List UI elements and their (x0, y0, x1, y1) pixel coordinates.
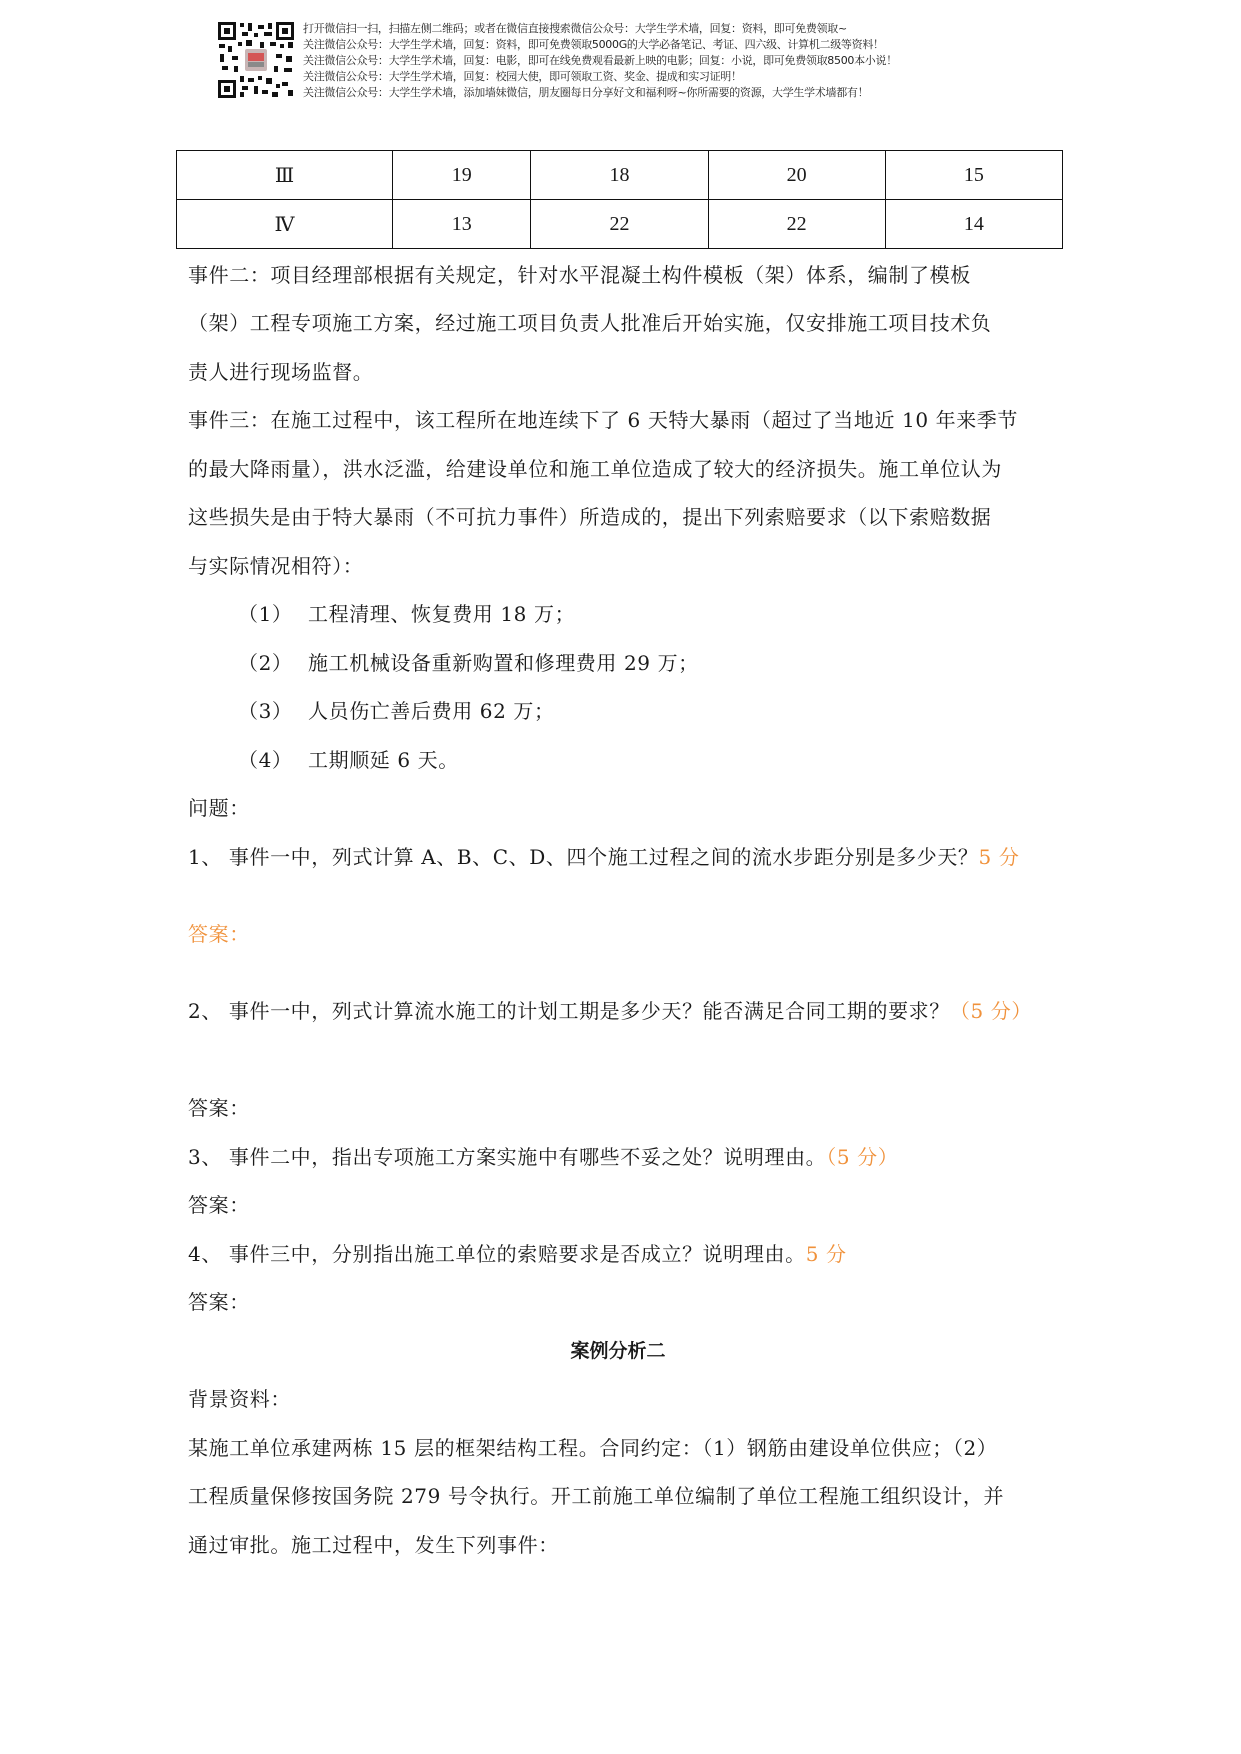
claim-item: （4）工期顺延 6 天。 (238, 746, 459, 774)
table-cell: 22 (708, 200, 885, 249)
case2-line: 通过审批。施工过程中，发生下列事件： (188, 1531, 559, 1559)
table-cell: 14 (885, 200, 1062, 249)
qr-code-icon (216, 20, 296, 100)
promo-banner: 打开微信扫一扫，扫描左侧二维码；或者在微信直接搜索微信公众号：大学生学术墙，回复… (216, 20, 976, 102)
section-title: 案例分析二 (188, 1337, 1048, 1365)
promo-text: 打开微信扫一扫，扫描左侧二维码；或者在微信直接搜索微信公众号：大学生学术墙，回复… (303, 21, 897, 101)
promo-line: 关注微信公众号：大学生学术墙，回复：校园大使，即可领取工资、奖金、提成和实习证明… (303, 69, 897, 85)
table-cell: 20 (708, 151, 885, 200)
answer-label: 答案： (188, 1191, 250, 1219)
table-cell: Ⅳ (177, 200, 393, 249)
claim-item: （3）人员伤亡善后费用 62 万； (238, 697, 555, 725)
score-label: （5 分） (826, 1145, 898, 1169)
promo-line: 关注微信公众号：大学生学术墙，回复：电影，即可在线免费观看最新上映的电影；回复：… (303, 53, 897, 69)
questions-heading: 问题： (188, 794, 250, 822)
background-label: 背景资料： (188, 1385, 291, 1413)
question-4: 4、 事件三中，分别指出施工单位的索赔要求是否成立？说明理由。5 分 (188, 1240, 847, 1268)
event3-line: 的最大降雨量），洪水泛滥，给建设单位和施工单位造成了较大的经济损失。施工单位认为 (188, 455, 1002, 483)
question-3: 3、 事件二中，指出专项施工方案实施中有哪些不妥之处？说明理由。（5 分） (188, 1143, 898, 1171)
table-cell: 22 (531, 200, 708, 249)
event3-line: 这些损失是由于特大暴雨（不可抗力事件）所造成的，提出下列索赔要求（以下索赔数据 (188, 503, 991, 531)
table-row: Ⅳ 13 22 22 14 (177, 200, 1063, 249)
promo-line: 关注微信公众号：大学生学术墙，回复：资料，即可免费领取5000G的大学必备笔记、… (303, 37, 897, 53)
question-2: 2、 事件一中，列式计算流水施工的计划工期是多少天？能否满足合同工期的要求？（5… (188, 997, 1032, 1025)
answer-label: 答案： (188, 1288, 250, 1316)
promo-line: 打开微信扫一扫，扫描左侧二维码；或者在微信直接搜索微信公众号：大学生学术墙，回复… (303, 21, 897, 37)
table-cell: 19 (393, 151, 531, 200)
event2-line: （架）工程专项施工方案，经过施工项目负责人批准后开始实施，仅安排施工项目技术负 (188, 309, 991, 337)
table-row: Ⅲ 19 18 20 15 (177, 151, 1063, 200)
event2-line: 事件二：项目经理部根据有关规定，针对水平混凝土构件模板（架）体系，编制了模板 (188, 261, 971, 289)
event3-line: 与实际情况相符）： (188, 552, 363, 580)
score-label: （5 分） (950, 999, 1032, 1023)
duration-table: Ⅲ 19 18 20 15 Ⅳ 13 22 22 14 (176, 150, 1063, 249)
case2-line: 工程质量保修按国务院 279 号令执行。开工前施工单位编制了单位工程施工组织设计… (188, 1482, 1004, 1510)
claim-item: （1）工程清理、恢复费用 18 万； (238, 600, 575, 628)
answer-label: 答案： (188, 920, 250, 948)
answer-label: 答案： (188, 1094, 250, 1122)
question-1: 1、 事件一中，列式计算 A、B、C、D、四个施工过程之间的流水步距分别是多少天… (188, 843, 1019, 871)
event3-line: 事件三：在施工过程中，该工程所在地连续下了 6 天特大暴雨（超过了当地近 10 … (188, 406, 1018, 434)
case2-line: 某施工单位承建两栋 15 层的框架结构工程。合同约定：（1）钢筋由建设单位供应；… (188, 1434, 997, 1462)
promo-line: 关注微信公众号：大学生学术墙，添加墙妹微信，朋友圈每日分享好文和福利呀~你所需要… (303, 85, 897, 101)
table-cell: 18 (531, 151, 708, 200)
table-cell: 15 (885, 151, 1062, 200)
table-cell: 13 (393, 200, 531, 249)
score-label: 5 分 (979, 845, 1020, 869)
claim-item: （2）施工机械设备重新购置和修理费用 29 万； (238, 649, 699, 677)
event2-line: 责人进行现场监督。 (188, 358, 373, 386)
table-cell: Ⅲ (177, 151, 393, 200)
score-label: 5 分 (806, 1242, 847, 1266)
